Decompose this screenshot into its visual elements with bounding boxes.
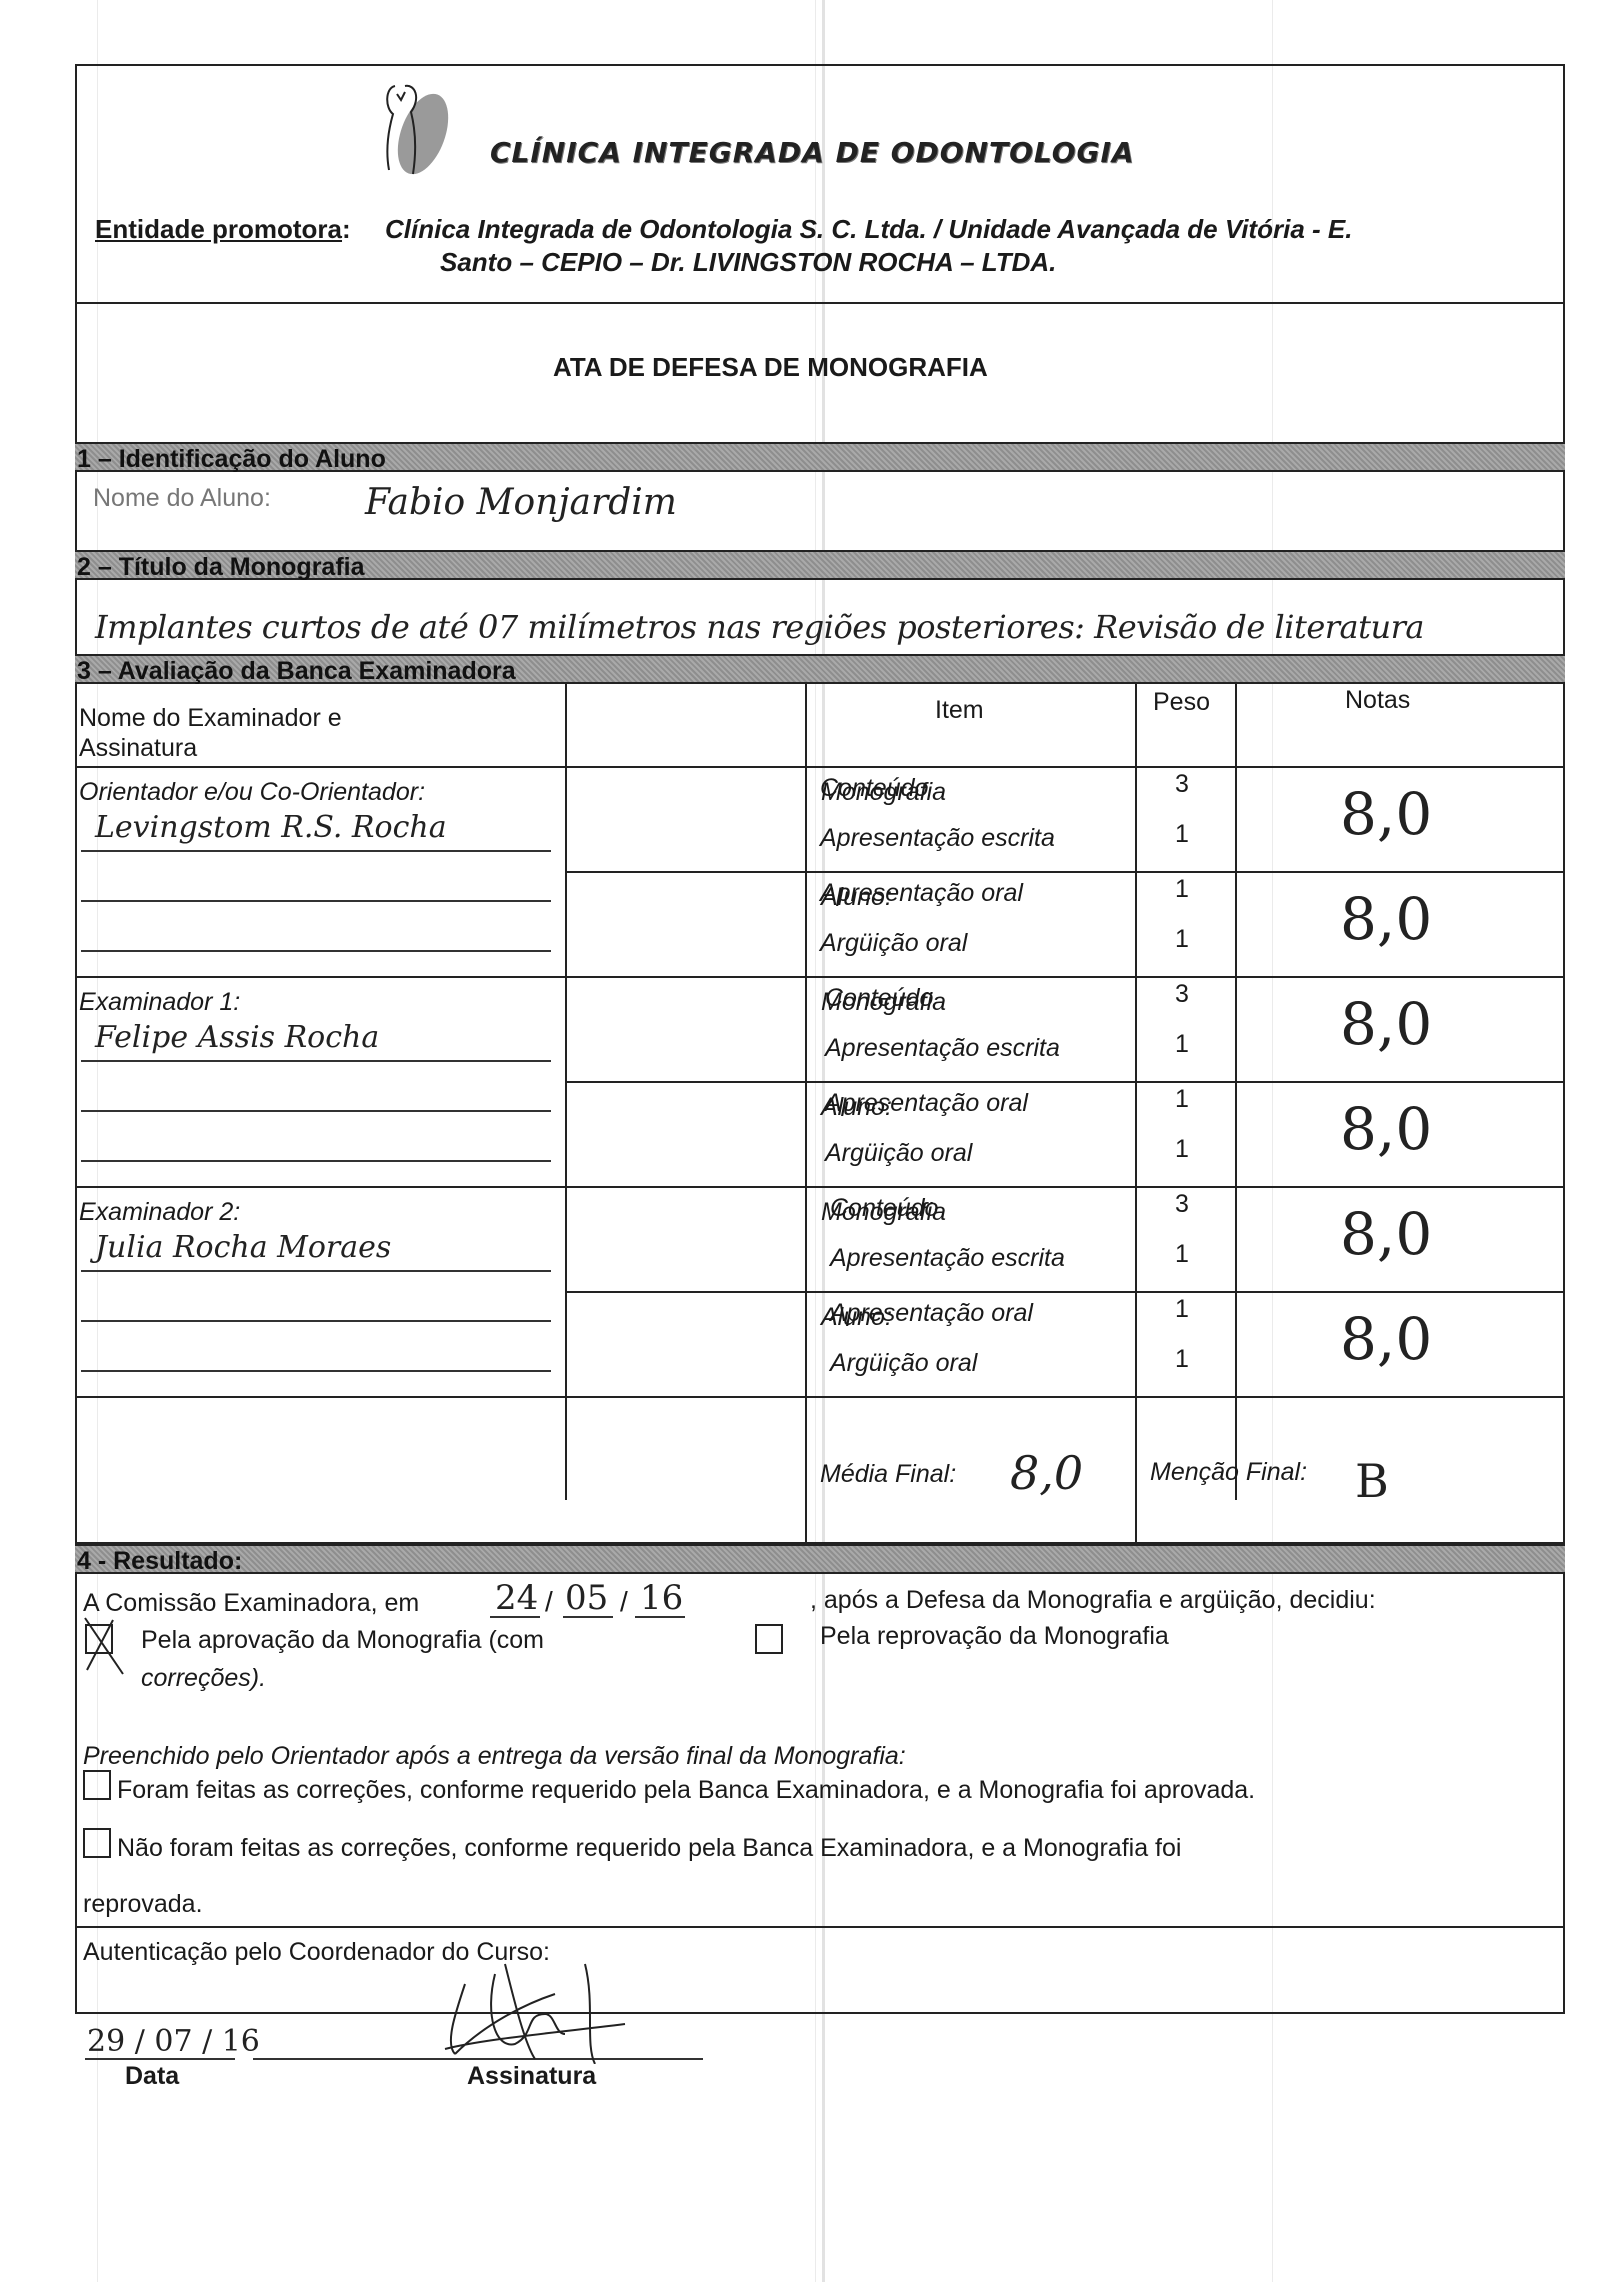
section-2-header: 2 – Título da Monografia [75,550,1565,580]
student-name: Fabio Monjardim [365,482,677,523]
date-underline [563,1616,613,1618]
approve-option-label-cont: correções). [141,1664,266,1693]
evaluation-grade: 8,0 [1340,990,1432,1058]
corrections-done-label: Foram feitas as correções, conforme requ… [117,1776,1255,1805]
document-title: ATA DE DEFESA DE MONOGRAFIA [553,352,988,383]
evaluation-item: Apresentação escrita [825,1034,1060,1063]
evaluation-grade: 8,0 [1340,1200,1432,1268]
decision-date-year: 16 [640,1578,683,1618]
institution-name: CLÍNICA INTEGRADA DE ODONTOLOGIA [490,136,1135,169]
date-underline [635,1616,685,1618]
evaluation-grade: 8,0 [1340,780,1432,848]
divider [565,684,567,1500]
date-underline [85,2058,235,2060]
date-caption: Data [125,2062,179,2091]
evaluation-weight: 3 [1175,770,1189,799]
evaluation-item: Apresentação oral [820,879,1023,908]
tooth-icon [375,78,455,178]
column-header-item: Item [935,696,984,725]
decision-date-month: 05 [565,1578,608,1618]
evaluation-grade: 8,0 [1340,885,1432,953]
evaluation-item: Conteúdo [820,774,928,803]
reject-checkbox[interactable] [755,1624,783,1654]
column-header-notas: Notas [1345,686,1410,715]
corrections-not-done-checkbox[interactable] [83,1828,111,1858]
signature-line [81,1270,551,1272]
signature-line [81,850,551,852]
entity-text-line1: Clínica Integrada de Odontologia S. C. L… [385,214,1352,245]
decision-date-day: 24 [495,1578,538,1618]
date-separator: / [545,1586,553,1618]
evaluation-weight: 1 [1175,925,1189,954]
divider [1235,684,1237,1500]
divider [75,1926,1565,1928]
approve-option-label: Pela aprovação da Monografia (com [141,1626,544,1655]
evaluation-weight: 1 [1175,1345,1189,1374]
evaluation-item: Apresentação escrita [830,1244,1065,1273]
divider [75,1186,1565,1188]
examiner-role: Examinador 1: [79,988,240,1017]
evaluation-weight: 1 [1175,820,1189,849]
signature-line [81,1320,551,1322]
mencao-final-value: B [1355,1454,1389,1508]
examiner-role: Orientador e/ou Co-Orientador: [79,778,425,807]
evaluation-weight: 1 [1175,1135,1189,1164]
corrections-done-checkbox[interactable] [83,1770,111,1800]
corrections-not-done-label: Não foram feitas as correções, conforme … [117,1834,1181,1863]
evaluation-item: Apresentação oral [830,1299,1033,1328]
commission-prefix: A Comissão Examinadora, em [83,1589,419,1618]
evaluation-item: Argüição oral [820,929,967,958]
authentication-date: 29 / 07 / 16 [87,2024,260,2059]
evaluation-weight: 3 [1175,980,1189,1009]
corrections-not-done-label-cont: reprovada. [83,1890,203,1919]
media-final-label: Média Final: [820,1460,956,1489]
signature-line [81,1110,551,1112]
signature-line [81,1060,551,1062]
entity-label: Entidade promotora: [95,214,351,245]
signature-line [81,950,551,952]
commission-suffix: , após a Defesa da Monografia e argüição… [810,1586,1376,1615]
divider [565,871,1565,873]
examiner-signature: Levingstom R.S. Rocha [95,810,447,845]
section-1-header: 1 – Identificação do Aluno [75,442,1565,472]
entity-text-line2: Santo – CEPIO – Dr. LIVINGSTON ROCHA – L… [440,247,1056,278]
mencao-final-label: Menção Final: [1150,1458,1307,1487]
approve-checkbox[interactable] [85,1624,113,1654]
examiner-role: Examinador 2: [79,1198,240,1227]
evaluation-item: Apresentação escrita [820,824,1055,853]
advisor-note: Preenchido pelo Orientador após a entreg… [83,1742,906,1771]
evaluation-item: Apresentação oral [825,1089,1028,1118]
divider [75,302,1565,304]
evaluation-weight: 1 [1175,1240,1189,1269]
evaluation-item: Conteúdo [825,984,933,1013]
student-name-label: Nome do Aluno: [93,484,271,513]
column-header-name: Nome do Examinador e [79,704,342,733]
evaluation-weight: 1 [1175,875,1189,904]
signature-line [81,900,551,902]
divider [565,1081,1565,1083]
signature-line [81,1160,551,1162]
section-4-header: 4 - Resultado: [75,1544,1565,1574]
coordinator-signature [425,1954,645,2064]
evaluation-grade: 8,0 [1340,1095,1432,1163]
divider [565,1291,1565,1293]
evaluation-weight: 1 [1175,1085,1189,1114]
reject-option-label: Pela reprovação da Monografia [820,1622,1169,1651]
evaluation-grade: 8,0 [1340,1305,1432,1373]
evaluation-weight: 1 [1175,1295,1189,1324]
evaluation-weight: 1 [1175,1030,1189,1059]
media-final-value: 8,0 [1010,1446,1083,1500]
column-header-name-cont: Assinatura [79,734,197,763]
examiner-signature: Felipe Assis Rocha [95,1020,379,1055]
divider [805,684,807,1560]
check-mark-icon [83,1614,123,1674]
divider [1135,684,1137,1560]
monograph-title: Implantes curtos de até 07 milímetros na… [95,608,1424,646]
divider [75,976,1565,978]
signature-line [81,1370,551,1372]
document-page: CLÍNICA INTEGRADA DE ODONTOLOGIA Entidad… [75,64,1565,2014]
evaluation-item: Argüição oral [825,1139,972,1168]
divider [75,1396,1565,1398]
evaluation-item: Argüição oral [830,1349,977,1378]
evaluation-weight: 3 [1175,1190,1189,1219]
column-header-peso: Peso [1153,688,1210,717]
section-3-header: 3 – Avaliação da Banca Examinadora [75,654,1565,684]
date-underline [490,1616,540,1618]
signature-caption: Assinatura [467,2062,596,2091]
evaluation-item: Conteúdo [830,1194,938,1223]
examiner-signature: Julia Rocha Moraes [95,1230,391,1265]
date-separator: / [620,1586,628,1618]
divider [75,766,1565,768]
